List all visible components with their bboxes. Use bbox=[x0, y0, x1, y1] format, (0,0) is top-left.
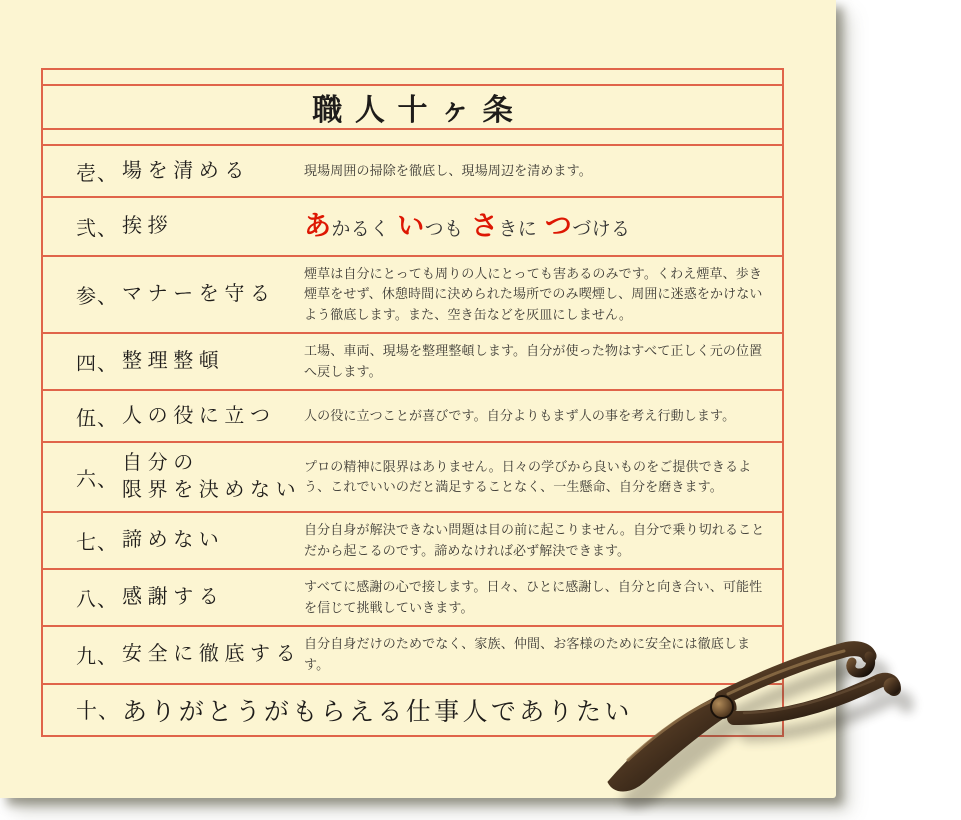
rule-number: 伍、 bbox=[76, 402, 122, 431]
rules-table: 職人十ヶ条 壱、場を清める現場周囲の掃除を徹底し、現場周辺を清めます。弐、挨拶あ… bbox=[41, 68, 784, 737]
rule-row-2: 弐、挨拶あかるく いつも さきに つづける bbox=[43, 196, 782, 255]
rule-description: プロの精神に限界はありません。日々の学びから良いものをご提供できるよう、これでい… bbox=[304, 457, 768, 498]
page-title: 職人十ヶ条 bbox=[300, 85, 526, 129]
rule-heading: 人の役に立つ bbox=[122, 403, 304, 430]
rule-number: 九、 bbox=[76, 640, 122, 669]
title-bottom-band bbox=[43, 130, 782, 144]
acrostic-segment: づける bbox=[572, 219, 632, 240]
rule-number: 七、 bbox=[76, 526, 122, 555]
rule-heading: 場を清める bbox=[122, 158, 304, 185]
rule-number: 四、 bbox=[76, 347, 122, 376]
title-row: 職人十ヶ条 bbox=[43, 84, 782, 130]
acrostic-segment: きに bbox=[498, 219, 544, 240]
rule-number: 壱、 bbox=[76, 157, 122, 186]
rule-heading: 諦めない bbox=[122, 527, 304, 554]
rule-row-4: 四、整理整頓工場、車両、現場を整理整頓します。自分が使った物はすべて正しく元の位… bbox=[43, 332, 782, 389]
rule-number: 八、 bbox=[76, 583, 122, 612]
rule-number: 弐、 bbox=[76, 212, 122, 241]
rule-heading: 安全に徹底する bbox=[122, 641, 304, 668]
rule-full-text: ありがとうがもらえる仕事人でありたい bbox=[122, 692, 633, 728]
acrostic-segment: さ bbox=[471, 211, 498, 241]
rule-number: 参、 bbox=[76, 280, 122, 309]
rule-description: 現場周囲の掃除を徹底し、現場周辺を清めます。 bbox=[304, 161, 768, 182]
rule-description: 煙草は自分にとっても周りの人にとっても害あるのみです。くわえ煙草、歩き煙草をせず… bbox=[304, 264, 768, 326]
acrostic-segment: い bbox=[397, 211, 424, 241]
acrostic-segment: かるく bbox=[331, 219, 397, 240]
rule-description-acrostic: あかるく いつも さきに つづける bbox=[304, 205, 768, 248]
rules-rows: 壱、場を清める現場周囲の掃除を徹底し、現場周辺を清めます。弐、挨拶あかるく いつ… bbox=[43, 144, 782, 735]
rule-row-9: 九、安全に徹底する自分自身だけのためでなく、家族、仲間、お客様のために安全には徹… bbox=[43, 625, 782, 682]
rule-heading: マナーを守る bbox=[122, 281, 304, 308]
rule-number: 六、 bbox=[76, 463, 122, 492]
rule-row-8: 八、感謝するすべてに感謝の心で接します。日々、ひとに感謝し、自分と向き合い、可能… bbox=[43, 568, 782, 625]
rule-description: すべてに感謝の心で接します。日々、ひとに感謝し、自分と向き合い、可能性を信じて挑… bbox=[304, 577, 768, 618]
rule-description: 人の役に立つことが喜びです。自分よりもまず人の事を考え行動します。 bbox=[304, 406, 768, 427]
rule-row-10: 十、ありがとうがもらえる仕事人でありたい bbox=[43, 683, 782, 735]
rule-row-6: 六、自分の 限界を決めないプロの精神に限界はありません。日々の学びから良いものを… bbox=[43, 441, 782, 511]
acrostic-segment: つも bbox=[425, 219, 471, 240]
rule-row-1: 壱、場を清める現場周囲の掃除を徹底し、現場周辺を清めます。 bbox=[43, 144, 782, 196]
acrostic-segment: つ bbox=[545, 211, 572, 241]
rule-heading: 自分の 限界を決めない bbox=[122, 450, 304, 504]
rule-description: 自分自身だけのためでなく、家族、仲間、お客様のために安全には徹底します。 bbox=[304, 634, 768, 675]
rule-row-7: 七、諦めない自分自身が解決できない問題は目の前に起こりません。自分で乗り切れるこ… bbox=[43, 511, 782, 568]
rule-number: 十、 bbox=[76, 695, 122, 725]
acrostic-segment: あ bbox=[304, 211, 331, 241]
paper-sheet: 職人十ヶ条 壱、場を清める現場周囲の掃除を徹底し、現場周辺を清めます。弐、挨拶あ… bbox=[0, 0, 836, 798]
rule-heading: 整理整頓 bbox=[122, 348, 304, 375]
rule-heading: 挨拶 bbox=[122, 213, 304, 240]
rule-row-5: 伍、人の役に立つ人の役に立つことが喜びです。自分よりもまず人の事を考え行動します… bbox=[43, 389, 782, 441]
rule-heading: 感謝する bbox=[122, 584, 304, 611]
top-decorative-band bbox=[43, 70, 782, 84]
rule-row-3: 参、マナーを守る煙草は自分にとっても周りの人にとっても害あるのみです。くわえ煙草… bbox=[43, 255, 782, 333]
rule-description: 工場、車両、現場を整理整頓します。自分が使った物はすべて正しく元の位置へ戻します… bbox=[304, 341, 768, 382]
rule-description: 自分自身が解決できない問題は目の前に起こりません。自分で乗り切れることだから起こ… bbox=[304, 520, 768, 561]
